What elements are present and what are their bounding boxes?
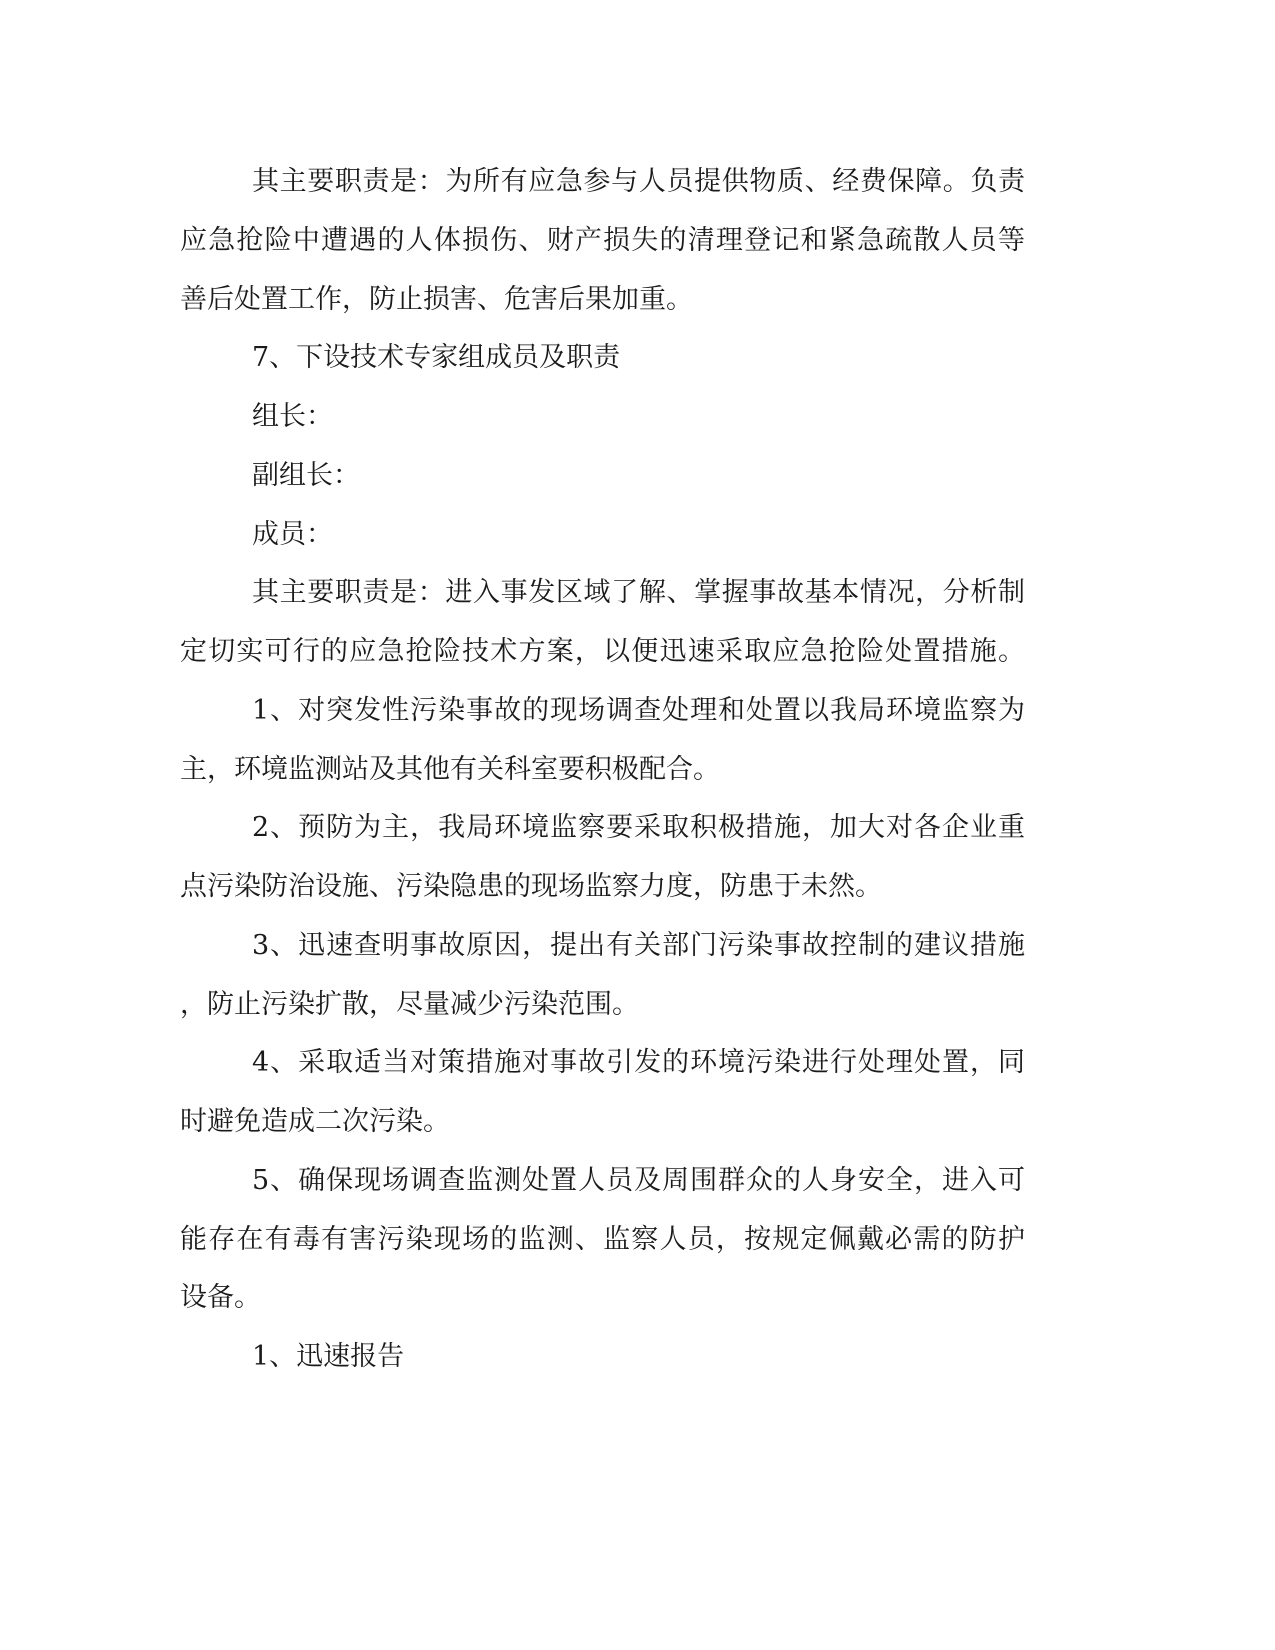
field-deputy-group-leader: 副组长：	[252, 459, 360, 493]
field-members: 成员：	[252, 518, 333, 552]
item-2-line-1: 2、预防为主，我局环境监察要采取积极措施，加大对各企业重	[252, 811, 1025, 845]
section-heading-expert-group: 7、下设技术专家组成员及职责	[252, 341, 620, 375]
field-group-leader: 组长：	[252, 400, 333, 434]
document-page: 其主要职责是：为所有应急参与人员提供物质、经费保障。负责 应急抢险中遭遇的人体损…	[0, 0, 1275, 1650]
item-4-line-2: 时避免造成二次污染。	[180, 1105, 450, 1139]
item-5-line-1: 5、确保现场调查监测处置人员及周围群众的人身安全，进入可	[252, 1164, 1025, 1198]
paragraph-expert-duties-line-1: 其主要职责是：进入事发区域了解、掌握事故基本情况，分析制	[252, 576, 1025, 610]
paragraph-logistics-duties-line-3: 善后处置工作，防止损害、危害后果加重。	[180, 283, 693, 317]
item-1-line-1: 1、对突发性污染事故的现场调查处理和处置以我局环境监察为	[252, 694, 1025, 728]
item-3-line-2: ，防止污染扩散，尽量减少污染范围。	[180, 988, 639, 1022]
section-heading-report: 1、迅速报告	[252, 1340, 404, 1374]
item-4-line-1: 4、采取适当对策措施对事故引发的环境污染进行处理处置，同	[252, 1046, 1025, 1080]
item-1-line-2: 主，环境监测站及其他有关科室要积极配合。	[180, 753, 720, 787]
item-5-line-2: 能存在有毒有害污染现场的监测、监察人员，按规定佩戴必需的防护	[180, 1223, 1025, 1257]
item-2-line-2: 点污染防治设施、污染隐患的现场监察力度，防患于未然。	[180, 870, 882, 904]
paragraph-logistics-duties-line-1: 其主要职责是：为所有应急参与人员提供物质、经费保障。负责	[252, 165, 1025, 199]
paragraph-logistics-duties-line-2: 应急抢险中遭遇的人体损伤、财产损失的清理登记和紧急疏散人员等	[180, 224, 1025, 258]
item-5-line-3: 设备。	[180, 1281, 261, 1315]
paragraph-expert-duties-line-2: 定切实可行的应急抢险技术方案，以便迅速采取应急抢险处置措施。	[180, 635, 1025, 669]
item-3-line-1: 3、迅速查明事故原因，提出有关部门污染事故控制的建议措施	[252, 929, 1025, 963]
